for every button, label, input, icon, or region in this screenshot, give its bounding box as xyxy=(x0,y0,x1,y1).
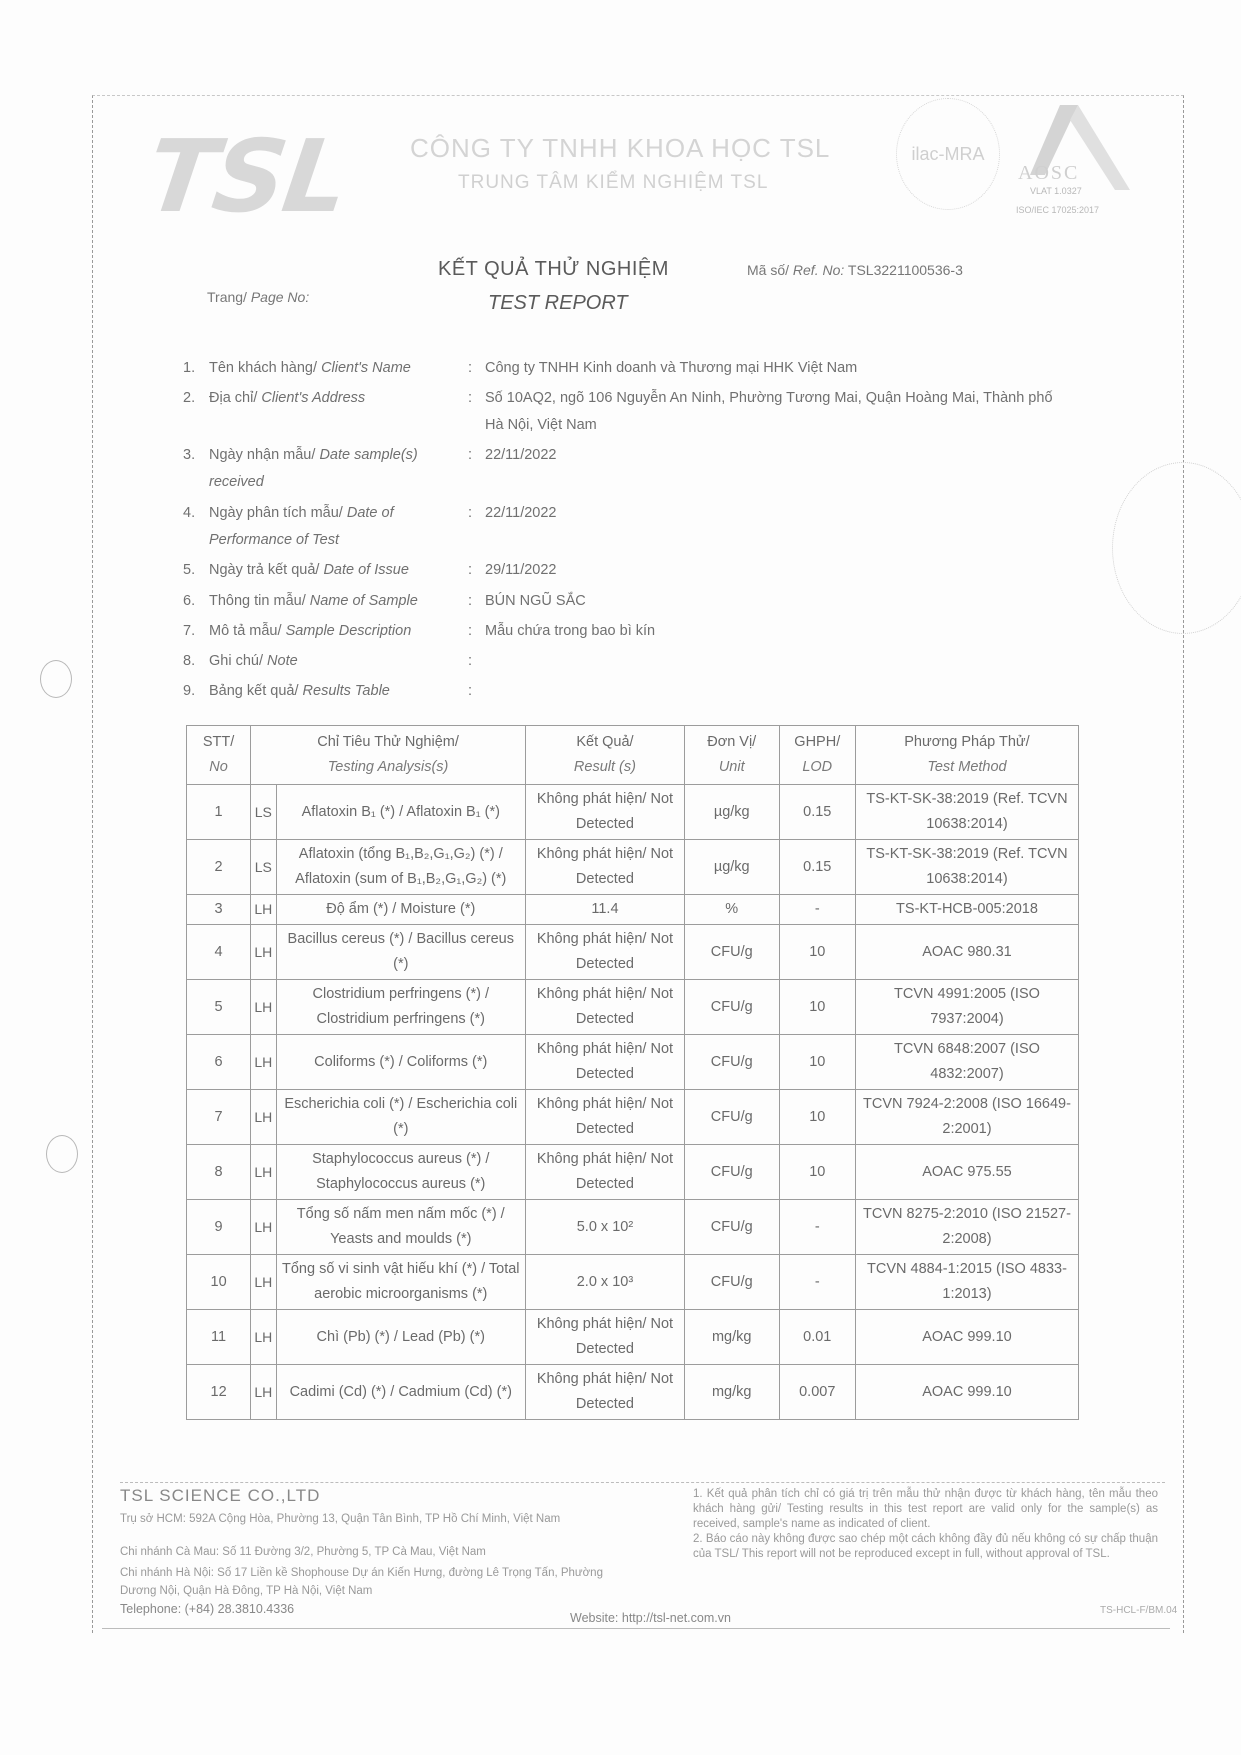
cell-analysis: Tổng số vi sinh vật hiếu khí (*) / Total… xyxy=(276,1255,526,1310)
info-colon: : xyxy=(468,557,472,584)
table-row: 2LSAflatoxin (tổng B₁,B₂,G₁,G₂) (*) / Af… xyxy=(187,840,1079,895)
footer-telephone: Telephone: (+84) 28.3810.4336 xyxy=(120,1602,294,1616)
cell-result: Không phát hiện/ Not Detected xyxy=(526,925,685,980)
cell-method: AOAC 999.10 xyxy=(855,1365,1078,1420)
footer-note-1: 1. Kết quả phân tích chỉ có giá trị trên… xyxy=(693,1487,1158,1532)
info-label-en: Results Table xyxy=(303,683,390,699)
cell-result: Không phát hiện/ Not Detected xyxy=(526,1310,685,1365)
cell-lod: 0.007 xyxy=(779,1365,855,1420)
footer-hq-address: Trụ sở HCM: 592A Cộng Hòa, Phường 13, Qu… xyxy=(120,1510,640,1528)
info-label-en: Client's Name xyxy=(321,360,411,376)
info-label: Địa chỉ/ Client's Address xyxy=(209,385,471,412)
cell-method: TS-KT-HCB-005:2018 xyxy=(855,895,1078,925)
header-text: Result (s) xyxy=(574,759,636,775)
cell-unit: CFU/g xyxy=(684,1145,779,1200)
info-label-vn: Ngày trả kết quả/ xyxy=(209,562,319,578)
cell-method: TS-KT-SK-38:2019 (Ref. TCVN 10638:2014) xyxy=(855,840,1078,895)
info-label-vn: Tên khách hàng/ xyxy=(209,360,317,376)
cell-lod: - xyxy=(779,1255,855,1310)
col-header-method: Phương Pháp Thử/Test Method xyxy=(855,726,1078,785)
info-label: Ngày trả kết quả/ Date of Issue xyxy=(209,557,471,584)
cell-method: AOAC 999.10 xyxy=(855,1310,1078,1365)
cell-result: 5.0 x 10² xyxy=(526,1200,685,1255)
company-logo: TSL xyxy=(140,118,354,235)
cell-analysis: Tổng số nấm men nấm mốc (*) / Yeasts and… xyxy=(276,1200,526,1255)
cell-unit: % xyxy=(684,895,779,925)
results-table-body: 1LSAflatoxin B₁ (*) / Aflatoxin B₁ (*)Kh… xyxy=(187,785,1079,1420)
cell-no: 5 xyxy=(187,980,251,1035)
cell-unit: CFU/g xyxy=(684,1255,779,1310)
cell-unit: CFU/g xyxy=(684,1090,779,1145)
info-number: 5. xyxy=(183,557,209,584)
table-row: 10LHTổng số vi sinh vật hiếu khí (*) / T… xyxy=(187,1255,1079,1310)
cell-analysis: Escherichia coli (*) / Escherichia coli … xyxy=(276,1090,526,1145)
cell-lod: 10 xyxy=(779,980,855,1035)
col-header-analysis: Chỉ Tiêu Thử Nghiệm/Testing Analysis(s) xyxy=(251,726,526,785)
info-label-vn: Địa chỉ/ xyxy=(209,390,257,406)
header-text: Phương Pháp Thử/ xyxy=(904,734,1029,750)
info-colon: : xyxy=(468,355,472,382)
info-value: Số 10AQ2, ngõ 106 Nguyễn An Ninh, Phường… xyxy=(485,385,1065,439)
info-label: Thông tin mẫu/ Name of Sample xyxy=(209,588,471,615)
table-row: 9LHTổng số nấm men nấm mốc (*) / Yeasts … xyxy=(187,1200,1079,1255)
table-row: 5LHClostridium perfringens (*) / Clostri… xyxy=(187,980,1079,1035)
col-header-result: Kết Quả/Result (s) xyxy=(526,726,685,785)
cell-result: Không phát hiện/ Not Detected xyxy=(526,980,685,1035)
cell-method: TS-KT-SK-38:2019 (Ref. TCVN 10638:2014) xyxy=(855,785,1078,840)
cell-analysis: Coliforms (*) / Coliforms (*) xyxy=(276,1035,526,1090)
header-text: Đơn Vị/ xyxy=(707,734,756,750)
info-label: Tên khách hàng/ Client's Name xyxy=(209,355,471,382)
footer-branch-camau: Chi nhánh Cà Mau: Số 11 Đường 3/2, Phườn… xyxy=(120,1546,486,1558)
cell-lab-code: LS xyxy=(251,840,276,895)
center-name: TRUNG TÂM KIỂM NGHIỆM TSL xyxy=(458,172,768,194)
cell-no: 10 xyxy=(187,1255,251,1310)
info-label-en: Sample Description xyxy=(286,623,412,639)
cell-lab-code: LH xyxy=(251,925,276,980)
table-row: 8LHStaphylococcus aureus (*) / Staphyloc… xyxy=(187,1145,1079,1200)
table-row: 3LHĐộ ẩm (*) / Moisture (*)11.4%-TS-KT-H… xyxy=(187,895,1079,925)
cell-method: TCVN 7924-2:2008 (ISO 16649-2:2001) xyxy=(855,1090,1078,1145)
table-row: 7LHEscherichia coli (*) / Escherichia co… xyxy=(187,1090,1079,1145)
cell-lab-code: LH xyxy=(251,1145,276,1200)
cell-no: 4 xyxy=(187,925,251,980)
cell-analysis: Bacillus cereus (*) / Bacillus cereus (*… xyxy=(276,925,526,980)
header-text: STT/ xyxy=(203,734,234,750)
header-text: Unit xyxy=(719,759,745,775)
cell-unit: mg/kg xyxy=(684,1310,779,1365)
info-colon: : xyxy=(468,442,472,469)
info-row: 6.Thông tin mẫu/ Name of Sample:BÚN NGŨ … xyxy=(183,588,471,615)
cell-unit: CFU/g xyxy=(684,1035,779,1090)
vlat-label: VLAT 1.0327 xyxy=(1030,186,1082,196)
cell-no: 7 xyxy=(187,1090,251,1145)
cell-result: Không phát hiện/ Not Detected xyxy=(526,785,685,840)
info-label: Mô tả mẫu/ Sample Description xyxy=(209,618,471,645)
cell-lab-code: LH xyxy=(251,1365,276,1420)
cell-no: 9 xyxy=(187,1200,251,1255)
cell-lod: 10 xyxy=(779,1145,855,1200)
cell-result: 2.0 x 10³ xyxy=(526,1255,685,1310)
reference-number: Mã số/ Ref. No: TSL3221100536-3 xyxy=(747,262,963,278)
info-number: 2. xyxy=(183,385,209,412)
cell-unit: CFU/g xyxy=(684,1200,779,1255)
info-number: 6. xyxy=(183,588,209,615)
cell-lod: 0.15 xyxy=(779,840,855,895)
cell-method: TCVN 4884-1:2015 (ISO 4833-1:2013) xyxy=(855,1255,1078,1310)
cell-method: AOAC 975.55 xyxy=(855,1145,1078,1200)
info-label-vn: Ghi chú/ xyxy=(209,653,263,669)
info-label-vn: Thông tin mẫu/ xyxy=(209,593,306,609)
info-row: 5.Ngày trả kết quả/ Date of Issue:29/11/… xyxy=(183,557,471,584)
col-header-unit: Đơn Vị/Unit xyxy=(684,726,779,785)
cell-analysis: Clostridium perfringens (*) / Clostridiu… xyxy=(276,980,526,1035)
info-row: 8.Ghi chú/ Note: xyxy=(183,648,471,675)
cell-result: Không phát hiện/ Not Detected xyxy=(526,1035,685,1090)
cell-analysis: Staphylococcus aureus (*) / Staphylococc… xyxy=(276,1145,526,1200)
cell-lab-code: LH xyxy=(251,1255,276,1310)
cell-unit: mg/kg xyxy=(684,1365,779,1420)
info-row: 2.Địa chỉ/ Client's Address:Số 10AQ2, ng… xyxy=(183,385,471,412)
footer-bottom-border xyxy=(102,1628,1170,1629)
iso-label: ISO/IEC 17025:2017 xyxy=(1016,205,1099,215)
cell-no: 11 xyxy=(187,1310,251,1365)
info-label-en: Client's Address xyxy=(261,390,365,406)
header-text: LOD xyxy=(802,759,832,775)
table-row: 4LHBacillus cereus (*) / Bacillus cereus… xyxy=(187,925,1079,980)
form-code: TS-HCL-F/BM.04 xyxy=(1100,1605,1177,1616)
footer-branch-hanoi: Chi nhánh Hà Nội: Số 17 Liền kề Shophous… xyxy=(120,1564,640,1600)
ilac-mra-badge: ilac-MRA xyxy=(896,98,1000,210)
table-row: 11LHChì (Pb) (*) / Lead (Pb) (*)Không ph… xyxy=(187,1310,1079,1365)
report-title-vn: KẾT QUẢ THỬ NGHIỆM xyxy=(438,258,669,281)
info-label-vn: Ngày nhận mẫu/ xyxy=(209,447,315,463)
info-label: Ghi chú/ Note xyxy=(209,648,471,675)
info-label: Ngày nhận mẫu/ Date sample(s) received xyxy=(209,442,471,496)
cell-lab-code: LH xyxy=(251,895,276,925)
cell-lab-code: LH xyxy=(251,1035,276,1090)
company-name: CÔNG TY TNHH KHOA HỌC TSL xyxy=(410,133,830,164)
cell-lod: - xyxy=(779,1200,855,1255)
cell-lod: - xyxy=(779,895,855,925)
page-label-vn: Trang/ xyxy=(207,289,247,305)
cell-analysis: Độ ẩm (*) / Moisture (*) xyxy=(276,895,526,925)
footer-website[interactable]: Website: http://tsl-net.com.vn xyxy=(570,1611,731,1625)
cell-lod: 10 xyxy=(779,1090,855,1145)
cell-unit: CFU/g xyxy=(684,925,779,980)
cell-unit: µg/kg xyxy=(684,785,779,840)
results-table: STT/No Chỉ Tiêu Thử Nghiệm/Testing Analy… xyxy=(186,725,1079,1420)
footer-notes: 1. Kết quả phân tích chỉ có giá trị trên… xyxy=(693,1487,1158,1562)
info-row: 4.Ngày phân tích mẫu/ Date of Performanc… xyxy=(183,500,471,554)
cell-no: 2 xyxy=(187,840,251,895)
cell-no: 12 xyxy=(187,1365,251,1420)
header-text: No xyxy=(209,759,228,775)
cell-lab-code: LS xyxy=(251,785,276,840)
info-value: 22/11/2022 xyxy=(485,442,1065,469)
cell-lod: 0.01 xyxy=(779,1310,855,1365)
cell-result: Không phát hiện/ Not Detected xyxy=(526,1090,685,1145)
info-label-en: Date of Issue xyxy=(323,562,408,578)
info-number: 8. xyxy=(183,648,209,675)
info-number: 1. xyxy=(183,355,209,382)
info-label: Bảng kết quả/ Results Table xyxy=(209,678,471,705)
info-colon: : xyxy=(468,385,472,412)
table-header-row: STT/No Chỉ Tiêu Thử Nghiệm/Testing Analy… xyxy=(187,726,1079,785)
cell-method: TCVN 8275-2:2010 (ISO 21527-2:2008) xyxy=(855,1200,1078,1255)
info-row: 9.Bảng kết quả/ Results Table: xyxy=(183,678,471,705)
table-row: 1LSAflatoxin B₁ (*) / Aflatoxin B₁ (*)Kh… xyxy=(187,785,1079,840)
cell-lod: 10 xyxy=(779,1035,855,1090)
cell-analysis: Aflatoxin (tổng B₁,B₂,G₁,G₂) (*) / Aflat… xyxy=(276,840,526,895)
cell-result: Không phát hiện/ Not Detected xyxy=(526,840,685,895)
footer-company-name: TSL SCIENCE CO.,LTD xyxy=(120,1486,320,1506)
info-value: Mẫu chứa trong bao bì kín xyxy=(485,618,1065,645)
info-number: 4. xyxy=(183,500,209,527)
cell-lab-code: LH xyxy=(251,1310,276,1365)
ref-value: TSL3221100536-3 xyxy=(848,262,963,278)
info-value: 29/11/2022 xyxy=(485,557,1065,584)
info-label-en: Name of Sample xyxy=(310,593,418,609)
info-label-vn: Bảng kết quả/ xyxy=(209,683,299,699)
ilac-mra-label: ilac-MRA xyxy=(911,144,984,165)
info-colon: : xyxy=(468,678,472,705)
header-text: Chỉ Tiêu Thử Nghiệm/ xyxy=(317,734,459,750)
cell-analysis: Aflatoxin B₁ (*) / Aflatoxin B₁ (*) xyxy=(276,785,526,840)
info-colon: : xyxy=(468,648,472,675)
cell-result: 11.4 xyxy=(526,895,685,925)
cell-lab-code: LH xyxy=(251,1200,276,1255)
info-colon: : xyxy=(468,588,472,615)
cell-method: AOAC 980.31 xyxy=(855,925,1078,980)
info-value: Công ty TNHH Kinh doanh và Thương mại HH… xyxy=(485,355,1065,382)
header-text: Testing Analysis(s) xyxy=(328,759,449,775)
cell-lab-code: LH xyxy=(251,980,276,1035)
info-value: BÚN NGŨ SẮC xyxy=(485,588,1065,615)
cell-lab-code: LH xyxy=(251,1090,276,1145)
info-row: 1.Tên khách hàng/ Client's Name:Công ty … xyxy=(183,355,471,382)
info-number: 3. xyxy=(183,442,209,469)
punch-hole xyxy=(40,660,72,698)
punch-hole xyxy=(46,1135,78,1173)
info-label-en: Note xyxy=(267,653,298,669)
footer-note-2: 2. Báo cáo này không được sao chép một c… xyxy=(693,1532,1158,1562)
info-label-vn: Ngày phân tích mẫu/ xyxy=(209,505,343,521)
info-label: Ngày phân tích mẫu/ Date of Performance … xyxy=(209,500,471,554)
cell-lod: 0.15 xyxy=(779,785,855,840)
cell-no: 1 xyxy=(187,785,251,840)
aosc-label: AOSC xyxy=(1018,162,1079,185)
cell-no: 8 xyxy=(187,1145,251,1200)
info-row: 7.Mô tả mẫu/ Sample Description:Mẫu chứa… xyxy=(183,618,471,645)
header-text: GHPH/ xyxy=(794,734,840,750)
seal-stamp xyxy=(1112,462,1241,634)
cell-unit: µg/kg xyxy=(684,840,779,895)
info-number: 7. xyxy=(183,618,209,645)
footer-divider xyxy=(120,1482,1165,1483)
col-header-no: STT/No xyxy=(187,726,251,785)
ref-label-vn: Mã số/ xyxy=(747,262,789,278)
report-title-en: TEST REPORT xyxy=(488,292,628,315)
cell-method: TCVN 4991:2005 (ISO 7937:2004) xyxy=(855,980,1078,1035)
cell-no: 6 xyxy=(187,1035,251,1090)
info-number: 9. xyxy=(183,678,209,705)
cell-lod: 10 xyxy=(779,925,855,980)
info-colon: : xyxy=(468,618,472,645)
info-row: 3.Ngày nhận mẫu/ Date sample(s) received… xyxy=(183,442,471,496)
cell-result: Không phát hiện/ Not Detected xyxy=(526,1365,685,1420)
cell-no: 3 xyxy=(187,895,251,925)
cell-unit: CFU/g xyxy=(684,980,779,1035)
col-header-lod: GHPH/LOD xyxy=(779,726,855,785)
cell-method: TCVN 6848:2007 (ISO 4832:2007) xyxy=(855,1035,1078,1090)
ref-label-en: Ref. No: xyxy=(793,262,844,278)
cell-result: Không phát hiện/ Not Detected xyxy=(526,1145,685,1200)
header-text: Test Method xyxy=(927,759,1006,775)
page-label-en: Page No: xyxy=(251,289,309,305)
header-text: Kết Quả/ xyxy=(576,734,633,750)
page-number-label: Trang/ Page No: xyxy=(207,289,309,305)
info-colon: : xyxy=(468,500,472,527)
cell-analysis: Cadimi (Cd) (*) / Cadmium (Cd) (*) xyxy=(276,1365,526,1420)
info-label-vn: Mô tả mẫu/ xyxy=(209,623,282,639)
info-value: 22/11/2022 xyxy=(485,500,1065,527)
table-row: 12LHCadimi (Cd) (*) / Cadmium (Cd) (*)Kh… xyxy=(187,1365,1079,1420)
table-row: 6LHColiforms (*) / Coliforms (*)Không ph… xyxy=(187,1035,1079,1090)
cell-analysis: Chì (Pb) (*) / Lead (Pb) (*) xyxy=(276,1310,526,1365)
